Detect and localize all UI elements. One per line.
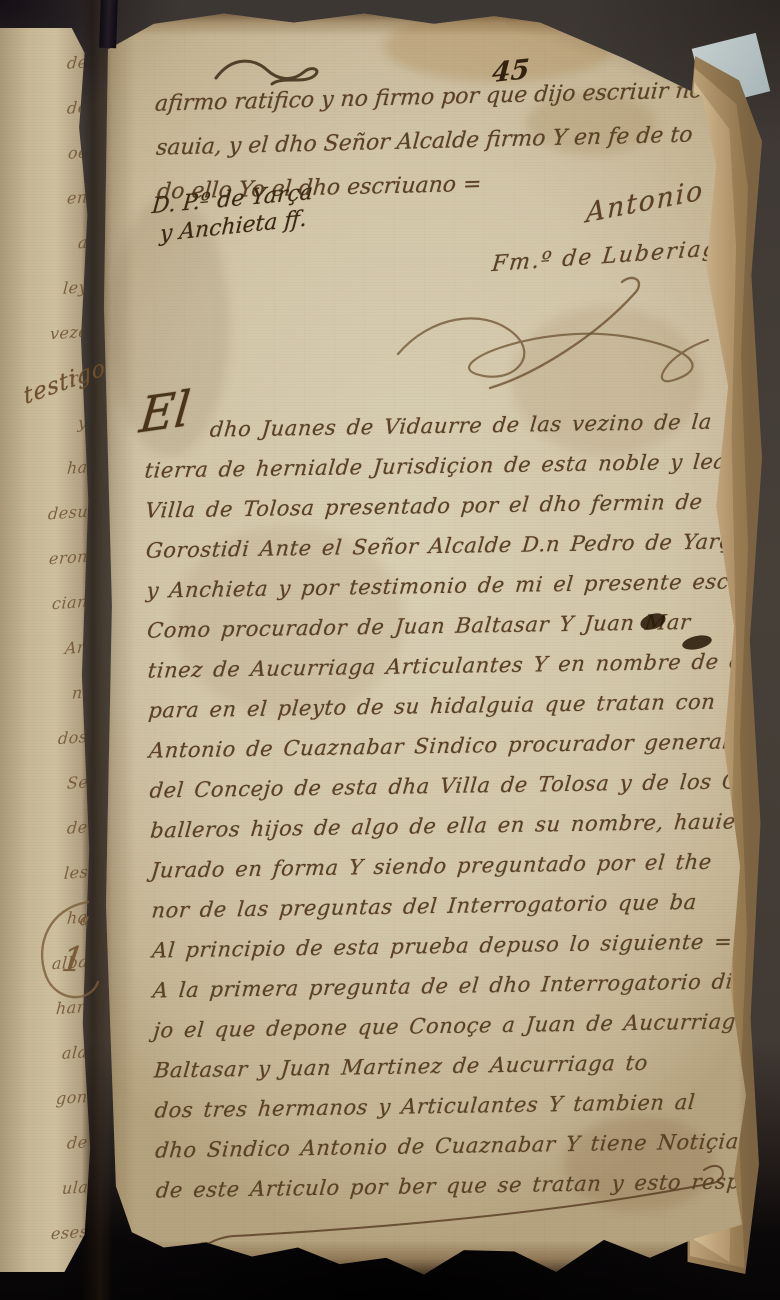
deposition-body: dho Juanes de Vidaurre de las vezino de … (144, 401, 736, 1210)
question-number-superscript: a (79, 910, 91, 929)
previous-page-edge: de de oe en a ley veze ro y ha desu eron… (0, 28, 92, 1272)
text-fragment: ley (62, 277, 88, 298)
text-fragment: a (77, 233, 88, 253)
signature-rubric-flourish (390, 274, 730, 404)
text-fragment: dos (58, 727, 89, 748)
scorched-top-edge (94, 6, 758, 36)
manuscript-line: de este Articulo por ber que se tratan y… (154, 1161, 738, 1210)
text-fragment: eses (50, 1222, 89, 1244)
text-fragment: les (63, 862, 89, 883)
text-fragment: ha (67, 457, 89, 478)
text-fragment: An (64, 637, 88, 658)
signature-escribano-line2: Fm.º de Luberiaga (491, 235, 735, 277)
text-fragment: y (78, 413, 89, 433)
binding-shadow (99, 0, 118, 48)
text-fragment: eron (48, 547, 88, 569)
text-fragment: veze (49, 322, 89, 344)
text-fragment: gon (56, 1087, 89, 1108)
margin-note-question-1: 1 a (28, 892, 108, 1012)
text-fragment: desu (47, 502, 88, 524)
text-fragment: oe (67, 142, 88, 163)
text-fragment: ni (71, 682, 89, 702)
text-fragment: de (67, 817, 89, 838)
scorched-bottom-edge (94, 1240, 758, 1282)
text-fragment: en (67, 187, 89, 208)
manuscript-page: 45 45 afirmo ratifico y no firmo por que… (94, 6, 758, 1282)
text-fragment: de (67, 52, 89, 73)
photo-scene: de de oe en a ley veze ro y ha desu eron… (0, 0, 780, 1300)
text-fragment: ula (61, 1177, 89, 1198)
text-fragment: ala (62, 1042, 89, 1063)
text-fragment: de (67, 1132, 89, 1153)
gutter-side-shading (94, 6, 136, 1282)
text-fragment: Se (66, 772, 89, 793)
faded-corner-number: 45 (653, 50, 685, 77)
text-fragment: de (67, 97, 89, 118)
text-fragment: cian (51, 592, 88, 614)
